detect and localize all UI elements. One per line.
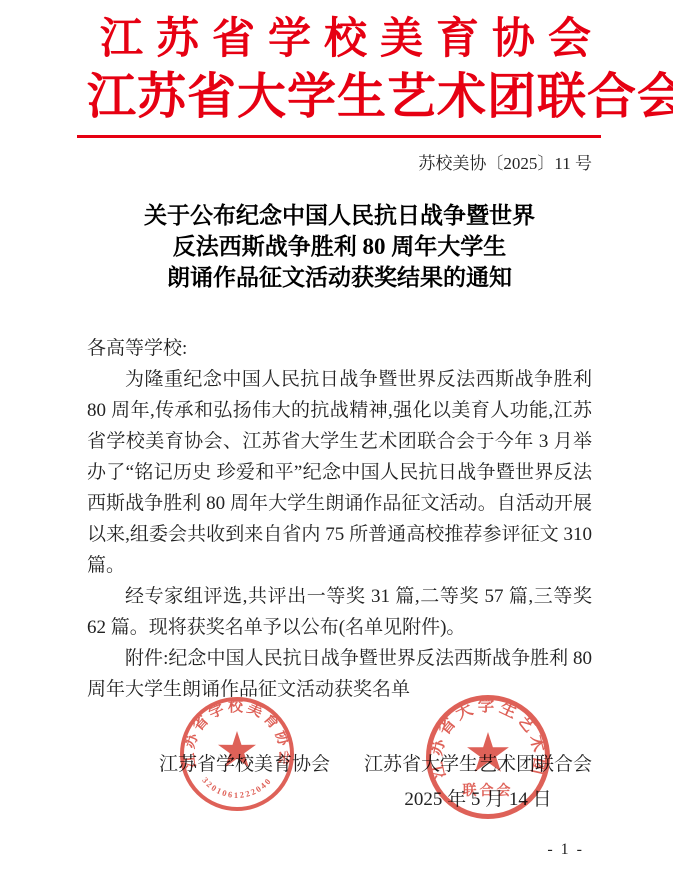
signature-block: 江苏省学校美育协会 江苏省大学生艺术团联合会 2025 年 5 月 14 日 <box>87 749 592 815</box>
letterhead-org-line2: 江苏省大学生艺术团联合会 <box>87 68 592 126</box>
document-title-line-1: 关于公布纪念中国人民抗日战争暨世界 <box>87 200 592 231</box>
document-title-line-3: 朗诵作品征文活动获奖结果的通知 <box>87 262 592 293</box>
letterhead-divider <box>77 135 601 138</box>
doc-number: 苏校美协〔2025〕11 号 <box>87 153 592 175</box>
signature-left-org: 江苏省学校美育协会 <box>159 749 330 780</box>
official-document-page: 江苏省学校美育协会 江苏省大学生艺术团联合会 苏校美协〔2025〕11 号 关于… <box>0 0 673 872</box>
letterhead-org-line1: 江苏省学校美育协会 <box>87 12 592 68</box>
signature-date: 2025 年 5 月 14 日 <box>364 784 592 815</box>
signature-right-org: 江苏省大学生艺术团联合会 <box>364 749 592 780</box>
page-number: - 1 - <box>87 841 592 859</box>
body-paragraph-2: 经专家组评选,共评出一等奖 31 篇,二等奖 57 篇,三等奖 62 篇。现将获… <box>87 581 592 643</box>
document-title-line-2: 反法西斯战争胜利 80 周年大学生 <box>87 231 592 262</box>
attachment-note: 附件:纪念中国人民抗日战争暨世界反法西斯战争胜利 80 周年大学生朗诵作品征文活… <box>87 643 592 705</box>
body-paragraph-1: 为隆重纪念中国人民抗日战争暨世界反法西斯战争胜利 80 周年,传承和弘扬伟大的抗… <box>87 364 592 581</box>
document-body: 各高等学校: 为隆重纪念中国人民抗日战争暨世界反法西斯战争胜利 80 周年,传承… <box>87 333 592 705</box>
signature-right-column: 江苏省大学生艺术团联合会 2025 年 5 月 14 日 <box>364 749 592 815</box>
document-title: 关于公布纪念中国人民抗日战争暨世界 反法西斯战争胜利 80 周年大学生 朗诵作品… <box>87 200 592 293</box>
letterhead: 江苏省学校美育协会 江苏省大学生艺术团联合会 苏校美协〔2025〕11 号 <box>87 12 592 175</box>
salutation: 各高等学校: <box>87 333 592 364</box>
